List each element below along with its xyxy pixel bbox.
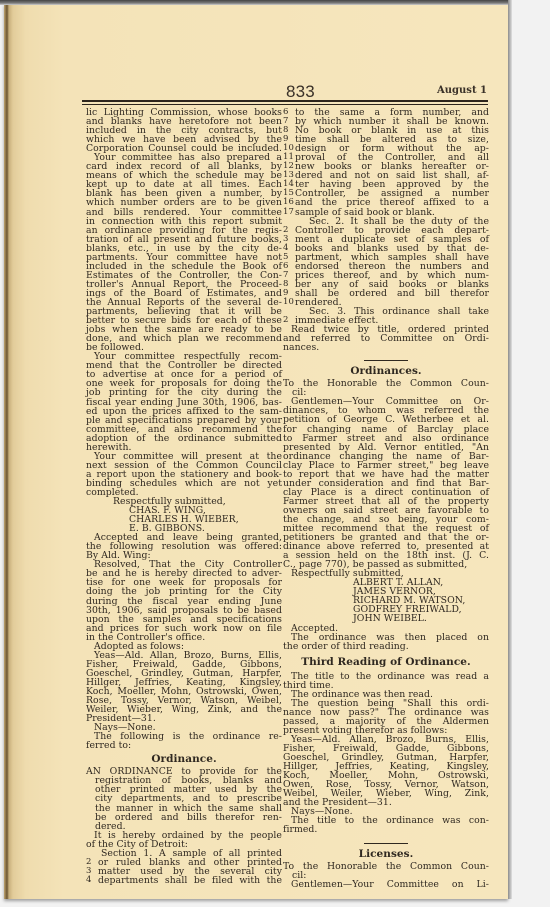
section-divider bbox=[364, 360, 408, 361]
section-heading-licenses: Licenses. bbox=[283, 847, 489, 861]
text-line: ferred to: bbox=[86, 741, 282, 750]
committee-report-text: lic Lighting Commission, whose books and… bbox=[86, 108, 282, 497]
ordinance-section-3: Sec. 3. This ordinance shall take 2immed… bbox=[283, 307, 489, 325]
ordinances-signature: Respectfully submitted, ALBERT T. ALLAN,… bbox=[283, 569, 489, 623]
committee-signature: Respectfully submitted, CHAS. F. WING, C… bbox=[86, 497, 282, 533]
scanned-page-view: 833 August 1 lic Lighting Commission, wh… bbox=[0, 0, 550, 907]
line-number: 17 bbox=[283, 208, 292, 217]
ordinance-section-2: Sec. 2. It shall be the duty of the 2Con… bbox=[283, 217, 489, 307]
line-number: 2 bbox=[283, 316, 292, 325]
header-date: August 1 bbox=[437, 85, 487, 96]
line-text: sample of said book or blank. bbox=[295, 207, 435, 218]
text-line: nances. bbox=[283, 343, 489, 352]
line-text: rendered. bbox=[295, 297, 342, 308]
read-twice-text: Read twice by title, ordered printed and… bbox=[283, 325, 489, 352]
section-divider bbox=[364, 843, 408, 844]
section-heading-third-reading: Third Reading of Ordinance. bbox=[283, 655, 489, 669]
numbered-line: 2immediate effect. bbox=[283, 316, 489, 325]
ordinance-section-1: 6to the same a form number, and 7by whic… bbox=[283, 108, 489, 217]
text-line: the order of third reading. bbox=[283, 642, 489, 651]
header-rule-thin bbox=[82, 104, 488, 105]
numbered-line: 4departments shall be filed with the bbox=[86, 876, 282, 885]
page-header: 833 August 1 bbox=[82, 82, 487, 102]
numbered-line: 17sample of said book or blank. bbox=[283, 208, 489, 217]
line-number: 4 bbox=[86, 876, 95, 885]
left-column: lic Lighting Commission, whose books and… bbox=[86, 108, 282, 885]
text-line: firmed. bbox=[283, 825, 489, 834]
accepted-text: Accepted. The ordinance was then placed … bbox=[283, 624, 489, 651]
line-text: departments shall be filed with the bbox=[98, 875, 282, 886]
licenses-text: To the Honorable the Common Coun- cil: G… bbox=[283, 862, 489, 889]
scan-right-edge bbox=[508, 0, 512, 899]
text-line: To the Honorable the Common Coun- bbox=[283, 379, 489, 388]
text-line: To the Honorable the Common Coun- bbox=[283, 862, 489, 871]
numbered-line: 10rendered. bbox=[283, 298, 489, 307]
ordinances-report-text: To the Honorable the Common Coun- cil: G… bbox=[283, 379, 489, 569]
section-heading-ordinance: Ordinance. bbox=[86, 752, 282, 766]
text-line: Gentlemen—Your Committee on Li- bbox=[283, 880, 489, 889]
header-rule-thick bbox=[82, 100, 488, 102]
page-number: 833 bbox=[286, 82, 315, 102]
ordinance-text: AN ORDINANCE to provide for the registra… bbox=[86, 767, 282, 885]
section-heading-ordinances: Ordinances. bbox=[283, 364, 489, 378]
third-reading-text: The title to the ordinance was read a th… bbox=[283, 672, 489, 835]
right-column: 6to the same a form number, and 7by whic… bbox=[283, 108, 489, 889]
line-number: 10 bbox=[283, 298, 292, 307]
resolution-text: Accepted and leave being granted, the fo… bbox=[86, 533, 282, 750]
scan-top-edge bbox=[0, 0, 508, 5]
line-text: immediate effect. bbox=[295, 315, 378, 326]
